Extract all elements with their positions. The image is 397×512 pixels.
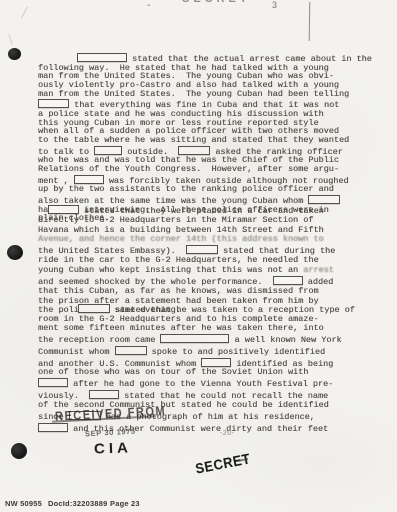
indent-spacer [38,212,48,213]
text-run: spoke to and positively identified [147,347,326,357]
redaction-box [77,53,127,62]
pencil-mark [8,34,13,45]
secret-stamp: SECRET [194,450,252,477]
footer-docid: DocId:32203889 [48,499,108,508]
text-run: young Cuban who kept insisting that this… [38,265,303,275]
redaction-box [160,334,229,343]
typed-line: ment some fifteen minutes after he was t… [38,324,374,333]
top-page-char: 3 [272,0,277,10]
text-run: Relations of the Youth Congress. However… [38,164,339,174]
cia-stamp: CIA [94,439,132,457]
indent-spacer [38,311,78,312]
footer-nw-number: NW 50955 [5,499,42,508]
redaction-box [38,378,68,387]
text-run: one of those who was on tour of the Sovi… [38,367,308,377]
text-run: ment some fifteen minutes after he was t… [38,323,324,333]
footer-page: Page 23 [110,499,140,508]
typed-line: Avenue, and hence the corner 14th (this … [38,235,374,244]
typed-line: Communist whom spoke to and positively i… [38,345,374,357]
text-run: man from the United States. The young Cu… [38,89,349,99]
typed-line: after he had gone to the Vienna Youth Fe… [38,377,374,389]
redaction-box [89,390,119,399]
text-run: after he had gone to the Vienna Youth Fe… [68,379,333,389]
text-run: to the table where he was sitting and st… [38,135,349,145]
top-dash-mark: - [147,0,150,11]
indent-spacer [38,60,77,61]
paragraph-g2-headquarters: stated that they were placed in a car an… [38,204,374,315]
redaction-box [78,304,110,313]
hole-punch-bottom [11,443,27,459]
page-number: -20- [220,430,234,437]
redaction-box [178,146,210,155]
redaction-box [308,195,340,204]
typed-line: up by the two assistants to the ranking … [38,185,374,194]
text-run: the reception room came [38,335,160,345]
vertical-fold-line [309,2,311,41]
faded-text-run: arrest [303,265,334,275]
typed-line: young Cuban who kept insisting that this… [38,266,374,275]
classification-header: SECRET [182,0,251,5]
scanned-document-page: - SECRET 3 stated that the actual arrest… [0,0,397,512]
date-stamp: SEP 30 1975 [85,427,136,439]
text-run: a well known New York [229,335,341,345]
text-run: Communist whom [38,347,115,357]
redaction-box [38,423,68,432]
redaction-box [273,276,303,285]
pencil-mark [21,6,28,18]
hole-punch-middle [7,245,23,260]
redaction-box [48,205,79,214]
redaction-box [186,245,218,254]
archival-footer: NW 50955 DocId:32203889 Page 23 [0,499,397,509]
faded-text-run: Avenue, and hence the corner 14th (this … [38,234,324,244]
text-run: up by the two assistants to the ranking … [38,184,334,194]
redaction-box [94,146,122,155]
redaction-box [115,346,147,355]
typed-line: to the table where he was sitting and st… [38,136,374,145]
redaction-box [38,99,69,108]
typed-line: Relations of the Youth Congress. However… [38,165,374,174]
paragraph-arrest-account: stated that the actual arrest came about… [38,52,374,223]
typed-line: the reception room came a well known New… [38,333,374,345]
redaction-box [201,358,231,367]
typed-line: man from the United States. The young Cu… [38,90,374,99]
redaction-box [74,175,104,184]
hole-punch-top [8,48,21,60]
typed-line: one of those who was on tour of the Sovi… [38,368,374,377]
